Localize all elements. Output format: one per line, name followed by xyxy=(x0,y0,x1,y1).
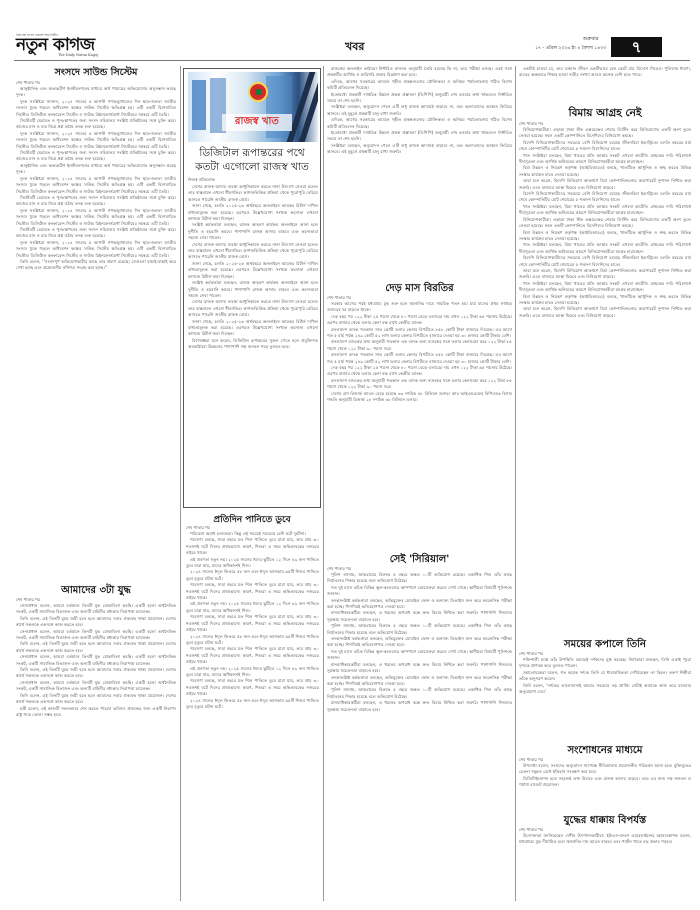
paragraph: সিস্টেমটি মেরামত ও পুনঃস্থাপনের জন্য সংস… xyxy=(16,195,176,208)
section-title: খবর xyxy=(345,38,364,57)
paragraph: তারা মনে করেন, বিদেশি বিনিয়োগ আকর্ষণে ব… xyxy=(519,268,691,281)
article-body-intro-continued: একটাই চাওয়া যে, তার বর্তমান জীবন একটিভা… xyxy=(519,66,691,104)
paragraph: ২০২৪ সালের ঈদুল ফিতরে ৫৮ জন এবং ঈদুল আজহ… xyxy=(186,698,319,711)
article-body-amendment: উপদেষ্টা বলেন, সংসদের অনুমোদন সাপেক্ষে ন… xyxy=(519,763,691,811)
paragraph: দুদক সংশ্লিষ্টরা জানান, ২০২৪ সালের ৫ আগস… xyxy=(16,131,176,150)
paragraph: তিনি বলেন, এই তিনটি যুদ্ধে জয়ী হতে হলে … xyxy=(16,616,176,629)
article-body-war-shock: উদ্যোক্তারা জানিয়েছেন দেশীয় উৎপাদনকারী… xyxy=(519,833,691,861)
paragraph: তারা মনে করেন, বিদেশি বিনিয়োগ আকর্ষণে ব… xyxy=(519,306,691,319)
paragraph: তিনি বলেন, ‘‘সংসদপূর্ণ অভিযোগকারীর কাছে … xyxy=(16,259,176,272)
article-body-three-wars: সেনাপ্রধান বলেন, আমরা বর্তমানে তিনটি যুদ… xyxy=(16,603,176,843)
paragraph: দেশের রাজস্ব আদায় ব্যবস্থা আধুনিকায়ন ক… xyxy=(188,184,318,203)
paragraph: বাংলাদেশ ব্যাংক গতকাল সাত কোটি ডলার কেনা… xyxy=(327,327,512,340)
paragraph: সংশ্লিষ্টরা বলছেন, অনুমোদন পেলে এটি শুধু… xyxy=(327,143,512,156)
headline-three-wars[interactable]: আমাদের ৩টা যুদ্ধ xyxy=(16,583,176,600)
headline-war-shock[interactable]: যুদ্ধের ধাক্কায় বিপর্যস্ত xyxy=(519,813,691,830)
paragraph: সেনাপ্রধান বলেন, আমরা বর্তমানে তিনটি যুদ… xyxy=(16,680,176,693)
paragraph: সরকার আগের পরই মধ্যপ্রাচ্য যুদ্ধ শুরু হল… xyxy=(327,301,512,314)
paragraph: এদিকে, আগের সরকারের আমলে গৃহীত প্রকল্পগু… xyxy=(327,117,512,130)
article-body-serial: পুলিশ জানায়, আকরামের বিরুদ্ধে ৫ বছরে অন… xyxy=(327,572,512,902)
paragraph: দেড় বছর পর ১২২ টাকা ২৫ পয়সা থেকে ৪০ পয… xyxy=(327,365,512,378)
paragraph: সিস্টেমটি মেরামত ও পুনঃস্থাপনের জন্য সংস… xyxy=(16,118,176,131)
paragraph: আনুষ্ঠানিক এবং অভ্যন্তরীণ ইনস্টলেশনের মা… xyxy=(16,163,176,176)
headline-sound-system[interactable]: সংসদে সাউন্ড সিস্টেম xyxy=(16,66,176,81)
paragraph: তদন্তসংশ্লিষ্ট কর্মকর্তারা বলছেন, অভিযুক… xyxy=(327,598,512,611)
paragraph: তদন্তসংশ্লিষ্ট কর্মকর্তারা বলছেন, অভিযুক… xyxy=(327,636,512,649)
paragraph: সেনাপ্রধান বলেন, আমরা বর্তমানে তিনটি যুদ… xyxy=(16,629,176,642)
paragraph: খাত সংশ্লিষ্টরা বলছেন, বিমা খাতের প্রতি … xyxy=(519,242,691,255)
headline-serial[interactable]: সেই 'সিরিয়াল' xyxy=(327,552,512,569)
paragraph: বিনিয়োগকারীরা। এছাড়া ঢাকা স্টক এক্সচেঞ… xyxy=(519,217,691,230)
paragraph: মন্ত্রী বলেন, এই কাজটি সফলভাবে শেষ করতে … xyxy=(16,706,176,719)
paragraph: সিস্টেমটি মেরামত ও পুনঃস্থাপনের জন্য সংস… xyxy=(16,227,176,240)
paragraph: এই প্রবণতা নতুন নয়। ২০২৫ সালের ঈদের ছুট… xyxy=(186,601,319,614)
paragraph: গবেষণা বলছে, সারা বছরে যত শিশু পানিতে ডু… xyxy=(186,678,319,697)
paragraph: মানবাধিকারকর্মীরা বলছেন, এ ধরনের অপরাধ ব… xyxy=(327,662,512,675)
article-body-revenue-continued: রাজস্বের অনলাইন কাঠামো নির্ধারিত মানদণ্ড… xyxy=(327,66,512,278)
article-body-drowning: পরিবেশে অবাধ চলাফেরা। কিন্তু এই সময়েই স… xyxy=(186,531,319,901)
paragraph: বিমা উন্নয়ন ও নিয়ন্ত্রণ কর্তৃপক্ষ (আইড… xyxy=(519,230,691,243)
paragraph: গত দুই মাসে তাঁকে বিভিন্ন স্কুল-কলেজের আ… xyxy=(327,585,512,598)
headline-times-forehead[interactable]: সময়ের কপালে তিনি xyxy=(519,637,691,654)
byline: নিজস্ব প্রতিবেদক xyxy=(188,177,215,184)
paragraph: জানা গেছে, চলতি ২০২৫-২৬ অর্থবছরে অনলাইনে… xyxy=(188,203,318,222)
paragraph: তারা মনে করেন, বিদেশি বিনিয়োগ আকর্ষণে ব… xyxy=(519,178,691,191)
paragraph: দুদক সংশ্লিষ্টরা জানান, ২০২৪ সালের ৫ আগস… xyxy=(16,240,176,259)
header-divider xyxy=(14,60,690,61)
paragraph: এই প্রবণতা নতুন নয়। ২০২৫ সালের ঈদের ছুট… xyxy=(186,557,319,570)
paragraph: ২০২৪ সালের ঈদুল ফিতরে ৫৮ জন এবং ঈদুল আজহ… xyxy=(186,634,319,647)
article-body-revenue: দেশের রাজস্ব আদায় ব্যবস্থা আধুনিকায়ন ক… xyxy=(188,184,318,504)
image-caption: রাজস্ব খাত xyxy=(222,114,292,131)
newspaper-logo[interactable]: নতুন কাগজ xyxy=(16,37,95,54)
headline-amendment[interactable]: সংশোধনের মাধ্যমে xyxy=(519,743,691,760)
column-divider xyxy=(323,66,324,901)
paragraph: উপদেষ্টা বলেন, সংসদের অনুমোদন সাপেক্ষে ন… xyxy=(519,763,691,776)
paragraph: ইতোমধ্যে প্রকল্পটি দাপ্তরিক উন্নয়ন প্রক… xyxy=(327,130,512,143)
paragraph: খাত সংশ্লিষ্টরা বলছেন, বিমা খাতের প্রতি … xyxy=(519,204,691,217)
paragraph: দুদক সংশ্লিষ্টরা জানান, ২০২৪ সালের ৫ আগস… xyxy=(16,99,176,118)
paragraph: তিনি বলেন, এই তিনটি যুদ্ধে জয়ী হতে হলে … xyxy=(16,667,176,680)
paragraph: বিমা উন্নয়ন ও নিয়ন্ত্রণ কর্তৃপক্ষ (আইড… xyxy=(519,294,691,307)
paragraph: বিদেশি বিনিয়োগকারীদের সবচেয়ে বেশি বিনি… xyxy=(519,140,691,153)
article-body-break: সরকার আগের পরই মধ্যপ্রাচ্য যুদ্ধ শুরু হল… xyxy=(327,301,512,547)
column-divider xyxy=(515,66,516,901)
paragraph: দেশের গ্রস রিজার্ভ আরও বেড়ে হয়েছে ৩৩ দ… xyxy=(327,391,512,404)
paragraph: তিনি বলেন, এই তিনটি যুদ্ধে জয়ী হতে হলে … xyxy=(16,641,176,654)
newspaper-logo-subtitle: The Daily Natun Kagoj xyxy=(58,53,98,57)
paragraph: সংশ্লিষ্টরা বলছেন, অনুমোদন পেলে এটি শুধু… xyxy=(327,104,512,117)
paragraph: সেনাপ্রধান বলেন, আমরা বর্তমানে তিনটি যুদ… xyxy=(16,654,176,667)
paragraph: রাজস্বের অনলাইন কাঠামো নির্ধারিত মানদণ্ড… xyxy=(327,66,512,79)
feature-headline-line1: ডিজিটাল রূপান্তরের পথে xyxy=(186,146,318,160)
paragraph: ইতোমধ্যে প্রকল্পটি দাপ্তরিক উন্নয়ন প্রক… xyxy=(327,92,512,105)
headline-insurance[interactable]: বিমায় আগ্রহ নেই xyxy=(519,106,691,123)
paragraph: সিস্টেমটি মেরামত ও পুনঃস্থাপনের জন্য সংস… xyxy=(16,150,176,163)
paragraph: বাংলাদেশ ব্যাংকের তথ্য অনুযায়ী গতকাল এক… xyxy=(327,378,512,391)
headline-break[interactable]: দেড় মাস বিরতির xyxy=(327,281,512,298)
issue-date: ১৭ - এপ্রিল ২০২৬ ইং ৪ বৈশাখ ১৪৩৩ xyxy=(460,45,606,52)
paragraph: বিনিয়োগকারীরা। এছাড়া ঢাকা স্টক এক্সচেঞ… xyxy=(519,127,691,140)
feature-headline[interactable]: ডিজিটাল রূপান্তরের পথে কতটা এগোলো রাজস্ব… xyxy=(186,146,318,174)
page-number-badge: ৭ xyxy=(611,37,662,57)
paragraph: শক্তিশালী মঞ্চে তাঁর উপস্থিতি বরাবরই দর্… xyxy=(519,657,691,670)
paragraph: আনুষ্ঠানিক এবং অভ্যন্তরীণ ইনস্টলেশনের মা… xyxy=(16,86,176,99)
paragraph: জানা গেছে, চলতি ২০২৫-২৬ অর্থবছরে অনলাইনে… xyxy=(188,261,318,280)
paragraph: দুদক সংশ্লিষ্টরা জানান, ২০২৪ সালের ৫ আগস… xyxy=(16,176,176,195)
paragraph: তিনি বলেন, ‘দর্শকের ভালোবাসাই আমার সবচেয… xyxy=(519,683,691,696)
paragraph: ২০২৪ সালের ঈদুল ফিতরে ৫৮ জন এবং ঈদুল আজহ… xyxy=(186,569,319,582)
paragraph: পুলিশ জানায়, আকরামের বিরুদ্ধে ৫ বছরে অন… xyxy=(327,623,512,636)
paragraph: বাংলাদেশ ব্যাংক গতকাল সাত কোটি ডলার কেনা… xyxy=(327,352,512,365)
paragraph: উদ্যোক্তারা জানিয়েছেন দেশীয় উৎপাদনকারী… xyxy=(519,833,691,846)
paragraph: বাংলাদেশ ব্যাংকের তথ্য অনুযায়ী গতকাল এক… xyxy=(327,339,512,352)
paragraph: গত দুই মাসে তাঁকে বিভিন্ন স্কুল-কলেজের আ… xyxy=(327,649,512,662)
paragraph: দুদক সংশ্লিষ্টরা জানান, ২০২৪ সালের ৫ আগস… xyxy=(16,208,176,227)
paragraph: বিদেশি বিনিয়োগকারীদের সবচেয়ে বেশি বিনি… xyxy=(519,255,691,268)
column-divider xyxy=(180,66,181,901)
paragraph: গবেষণা বলছে, সারা বছরে যত শিশু পানিতে ডু… xyxy=(186,582,319,601)
paragraph: সংশ্লিষ্ট কর্মকর্তারা বলছেন, রাজস্ব আহরণ… xyxy=(188,280,318,299)
bangladesh-emblem-icon xyxy=(248,82,268,102)
weekday: শুক্রবার xyxy=(583,36,598,44)
feature-image[interactable]: রাজস্ব খাত xyxy=(188,72,318,142)
paragraph: ডিজিটাইজেশন হলে সহজেই তথ্য মিলবে এবং রাজ… xyxy=(519,776,691,789)
paragraph: দেশের রাজস্ব আদায় ব্যবস্থা আধুনিকায়ন ক… xyxy=(188,242,318,261)
paragraph: দেশের রাজস্ব আদায় ব্যবস্থা আধুনিকায়ন ক… xyxy=(188,299,318,318)
paragraph: খাত সংশ্লিষ্টরা বলছেন, বিমা খাতের প্রতি … xyxy=(519,281,691,294)
paragraph: বিমা উন্নয়ন ও নিয়ন্ত্রণ কর্তৃপক্ষ (আইড… xyxy=(519,165,691,178)
paragraph: দেড় বছর পর ১২২ টাকা ২৫ পয়সা থেকে ৪০ পয… xyxy=(327,314,512,327)
paragraph: সংশ্লিষ্ট কর্মকর্তারা বলছেন, রাজস্ব আহরণ… xyxy=(188,222,318,241)
paragraph: তদন্তসংশ্লিষ্ট কর্মকর্তারা বলছেন, অভিযুক… xyxy=(327,675,512,688)
paragraph: বিদেশি বিনিয়োগকারীদের সবচেয়ে বেশি বিনি… xyxy=(519,191,691,204)
paragraph: এই প্রবণতা নতুন নয়। ২০২৫ সালের ঈদের ছুট… xyxy=(186,666,319,679)
article-body-times-forehead: শক্তিশালী মঞ্চে তাঁর উপস্থিতি বরাবরই দর্… xyxy=(519,657,691,739)
paragraph: পুলিশ জানায়, আকরামের বিরুদ্ধে ৫ বছরে অন… xyxy=(327,687,512,700)
feature-headline-line2: কতটা এগোলো রাজস্ব খাত xyxy=(186,160,318,174)
paragraph: বিশেষজ্ঞরা মনে করেন, ডিজিটাল রূপান্তরের … xyxy=(188,338,318,351)
article-body-sound-system: আনুষ্ঠানিক এবং অভ্যন্তরীণ ইনস্টলেশনের মা… xyxy=(16,86,176,578)
paragraph: মানবাধিকারকর্মীরা বলছেন, এ ধরনের অপরাধ ব… xyxy=(327,700,512,713)
paragraph: সমালোচকেরা বলেন, গত কয়েক দশকে তিনি যে ধ… xyxy=(519,670,691,683)
paragraph: গবেষণা বলছে, সারা বছরে যত শিশু পানিতে ডু… xyxy=(186,537,319,556)
paragraph: মানবাধিকারকর্মীরা বলছেন, এ ধরনের অপরাধ ব… xyxy=(327,610,512,623)
paragraph: খাত সংশ্লিষ্টরা বলছেন, বিমা খাতের প্রতি … xyxy=(519,153,691,166)
paragraph: এদিকে, আগের সরকারের আমলে গৃহীত প্রকল্পগু… xyxy=(327,79,512,92)
paragraph: সেনাপ্রধান বলেন, আমরা বর্তমানে তিনটি যুদ… xyxy=(16,603,176,616)
paragraph: পুলিশ জানায়, আকরামের বিরুদ্ধে ৫ বছরে অন… xyxy=(327,572,512,585)
paragraph: একটাই চাওয়া যে, তার বর্তমান জীবন একটিভা… xyxy=(519,66,691,79)
paragraph: তিনি বলেন, এই তিনটি যুদ্ধে জয়ী হতে হলে … xyxy=(16,693,176,706)
article-body-insurance: বিনিয়োগকারীরা। এছাড়া ঢাকা স্টক এক্সচেঞ… xyxy=(519,127,691,633)
paragraph: গবেষণা বলছে, সারা বছরে যত শিশু পানিতে ডু… xyxy=(186,614,319,633)
paragraph: গবেষণা বলছে, সারা বছরে যত শিশু পানিতে ডু… xyxy=(186,646,319,665)
paragraph: জানা গেছে, চলতি ২০২৫-২৬ অর্থবছরে অনলাইনে… xyxy=(188,319,318,338)
